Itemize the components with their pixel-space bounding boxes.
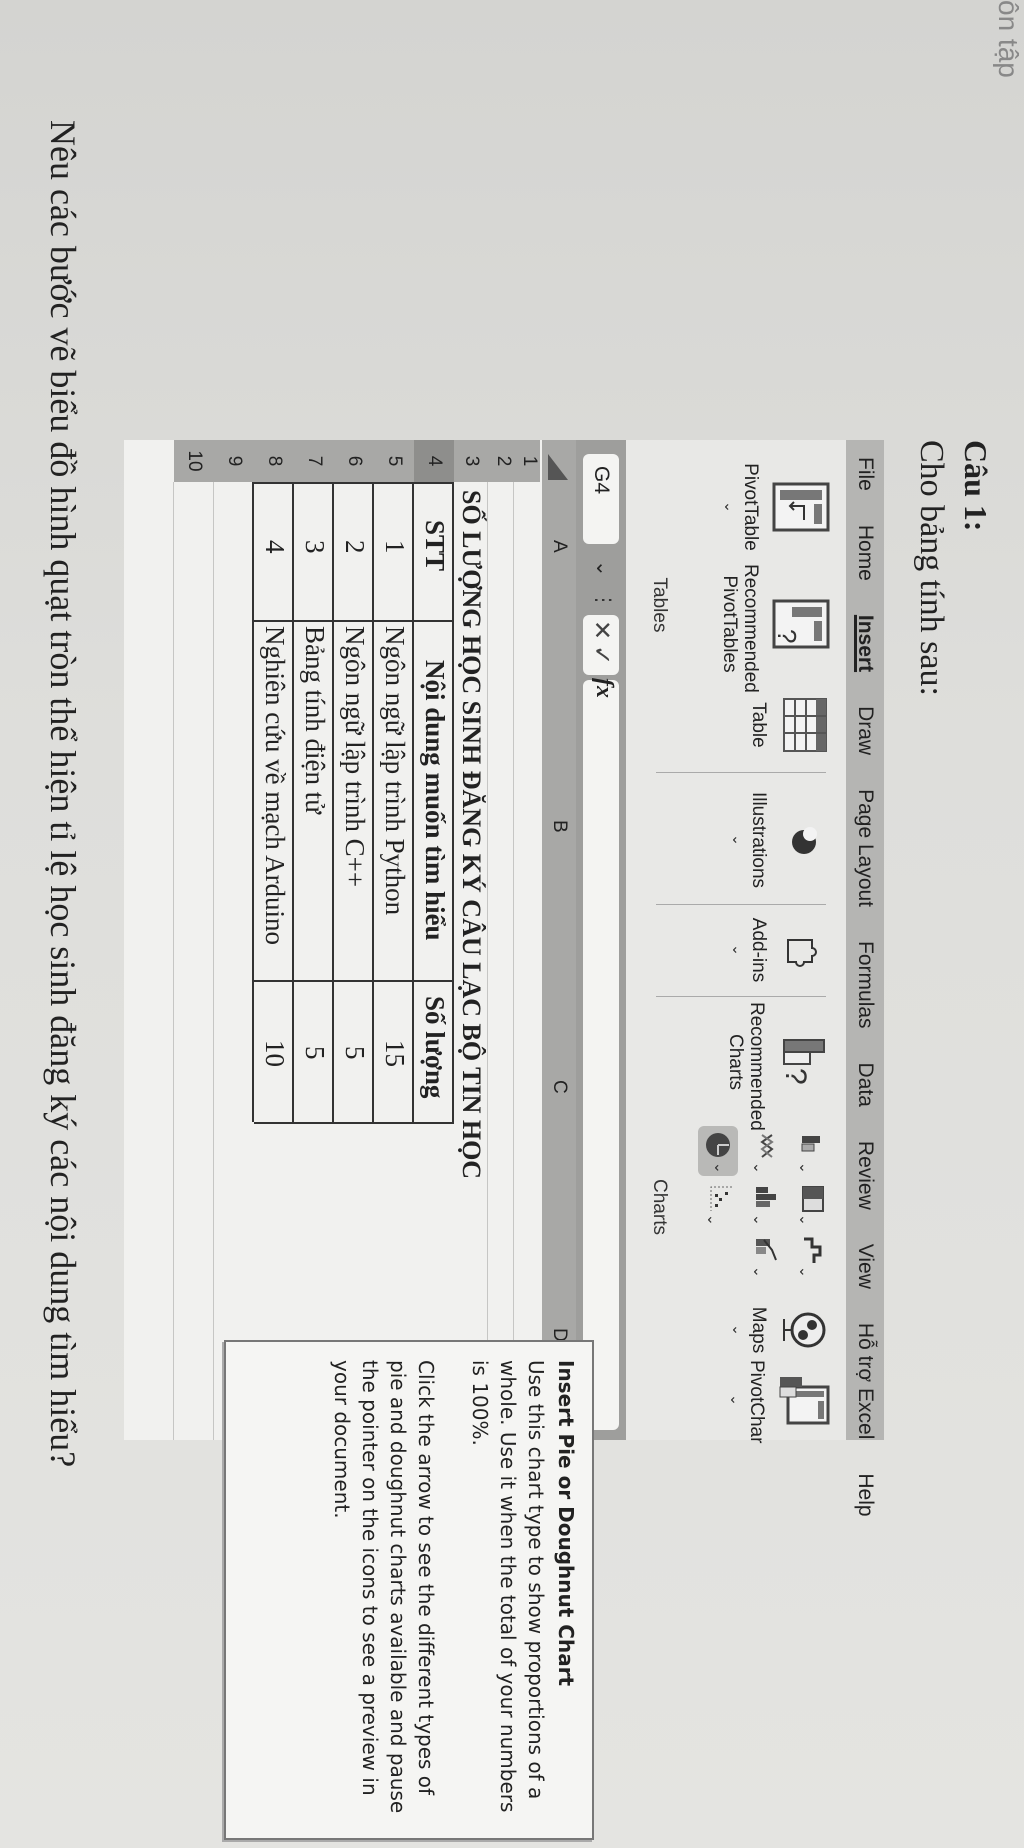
sheet-title-cell[interactable]: SỐ LƯỢNG HỌC SINH ĐĂNG KÝ CÂU LẠC BỘ TIN… [456, 490, 486, 1179]
column-header-a[interactable]: A [548, 540, 570, 553]
tab-review[interactable]: Review [853, 1124, 877, 1227]
question-prompt: Nêu các bước vẽ biểu đồ hình quạt tròn t… [42, 120, 84, 1467]
table-row-1-stt[interactable]: 1 [379, 540, 410, 554]
tooltip-paragraph-2: Click the arrow to see the different typ… [328, 1360, 440, 1820]
tab-help[interactable]: Help [853, 1456, 877, 1533]
table-row-2-stt[interactable]: 2 [339, 540, 370, 554]
waterfall-chart-button[interactable]: ⌄ [794, 1236, 826, 1278]
question-intro: Cho bảng tính sau: [912, 440, 950, 696]
illustrations-group: Illustrations ⌄ [640, 780, 840, 900]
pivotchart-button[interactable]: PivotChar ⌄ [725, 1360, 830, 1440]
tab-file[interactable]: File [853, 440, 877, 508]
worksheet-grid: A B C D 1 2 3 4 5 6 7 8 9 10 SỐ LƯỢNG HỌ… [124, 440, 576, 1440]
recommended-pivottables-label: Recommended PivotTables [719, 564, 761, 684]
column-chart-button[interactable]: ⌄ [794, 1132, 826, 1174]
recommended-pivottables-icon: ? [772, 599, 830, 649]
gridline [213, 482, 214, 1440]
separator [656, 904, 826, 905]
table-border [254, 1122, 454, 1124]
tooltip-title: Insert Pie or Doughnut Chart [554, 1360, 578, 1820]
hierarchy-chart-icon [800, 1184, 826, 1214]
table-row-3-content[interactable]: Bảng tính điện tử [299, 626, 330, 814]
table-row-2-content[interactable]: Ngôn ngữ lập trình C++ [339, 626, 370, 887]
pivottable-icon [772, 482, 830, 532]
maps-icon [780, 1307, 830, 1353]
gridline [487, 482, 488, 1440]
pivottable-button[interactable]: PivotTable ⌄ [719, 452, 830, 562]
table-border [254, 482, 454, 484]
table-border [254, 980, 454, 982]
scatter-chart-button[interactable]: ⌄ [702, 1184, 734, 1226]
illustrations-button[interactable]: Illustrations ⌄ [727, 780, 830, 900]
maps-label: Maps [748, 1300, 769, 1360]
tab-draw[interactable]: Draw [853, 689, 877, 772]
line-chart-icon [754, 1132, 780, 1162]
formula-input[interactable]: fx [583, 680, 619, 1430]
pivotchart-label: PivotChar [746, 1360, 767, 1440]
row-header-5[interactable]: 5 [374, 440, 414, 482]
pie-chart-tooltip: Insert Pie or Doughnut Chart Use this ch… [224, 1340, 594, 1840]
ribbon: PivotTable ⌄ ? Recommended PivotTables [624, 440, 846, 1440]
table-border [254, 620, 454, 622]
maps-group: Maps ⌄ [640, 1300, 840, 1360]
pivotchart-group: PivotChar ⌄ [640, 1360, 840, 1440]
table-border [332, 482, 334, 1122]
combo-chart-icon [754, 1236, 780, 1266]
name-box[interactable]: G4 [583, 454, 619, 544]
chevron-down-icon: ⌄ [719, 452, 740, 562]
column-header-b[interactable]: B [548, 820, 570, 833]
tab-page-layout[interactable]: Page Layout [853, 772, 877, 924]
tooltip-paragraph-1: Use this chart type to show proportions … [466, 1360, 550, 1820]
table-border [372, 482, 374, 1122]
question-title: Câu 1: [957, 440, 994, 532]
pivotchart-icon [778, 1375, 830, 1425]
table-button[interactable]: Table [748, 690, 830, 760]
table-border [452, 482, 454, 1122]
separator [656, 996, 826, 997]
pie-chart-button[interactable]: ⌄ [698, 1126, 738, 1176]
row-header-2[interactable]: 2 [488, 440, 514, 482]
charts-group-label: Charts [648, 1132, 670, 1282]
table-border [292, 482, 294, 1122]
table-row-4-stt[interactable]: 4 [259, 540, 290, 554]
addins-icon [780, 932, 830, 968]
column-chart-icon [800, 1132, 826, 1162]
recommended-charts-button[interactable]: ? Recommended Charts [725, 1002, 830, 1122]
pivottable-label: PivotTable [740, 452, 761, 562]
row-header-8[interactable]: 8 [254, 440, 294, 482]
tab-excel-support[interactable]: Hỗ trợ Excel [853, 1306, 877, 1456]
tables-group-label: Tables [648, 440, 670, 770]
column-headers: A B C D [542, 440, 576, 1440]
chevron-down-icon: ⌄ [727, 910, 748, 990]
table-row-2-quantity[interactable]: 5 [339, 1046, 370, 1060]
table-row-1-content[interactable]: Ngôn ngữ lập trình Python [379, 626, 410, 915]
addins-button[interactable]: Add-ins ⌄ [727, 910, 830, 990]
addins-label: Add-ins [748, 910, 769, 990]
header-stt[interactable]: STT [419, 520, 450, 571]
separator [656, 772, 826, 773]
tab-view[interactable]: View [853, 1227, 877, 1306]
excel-window: File Home Insert Draw Page Layout Formul… [124, 440, 884, 1440]
row-header-6[interactable]: 6 [334, 440, 374, 482]
row-header-3[interactable]: 3 [454, 440, 488, 482]
tab-home[interactable]: Home [853, 508, 877, 598]
waterfall-chart-icon [800, 1236, 826, 1266]
illustrations-label: Illustrations [748, 780, 769, 900]
svg-text:?: ? [772, 629, 802, 643]
tab-insert[interactable]: Insert [853, 598, 877, 689]
charts-group: ? Recommended Charts ⌄ ⌄ ⌄ [640, 1002, 840, 1292]
hierarchy-chart-button[interactable]: ⌄ [794, 1184, 826, 1226]
more-options-icon: ⋮ [591, 590, 616, 610]
table-label: Table [748, 690, 769, 760]
statistic-chart-button[interactable]: ⌄ [748, 1184, 780, 1226]
row-header-7[interactable]: 7 [294, 440, 334, 482]
addins-group: Add-ins ⌄ [640, 910, 840, 990]
scatter-chart-icon [708, 1184, 734, 1214]
row-header-9[interactable]: 9 [214, 440, 254, 482]
row-header-4[interactable]: 4 [414, 440, 454, 482]
header-quantity[interactable]: Số lượng [419, 996, 450, 1098]
chart-type-buttons: ⌄ ⌄ ⌄ ⌄ ⌄ ⌄ [676, 1132, 826, 1282]
column-header-c[interactable]: C [548, 1080, 570, 1094]
tab-formulas[interactable]: Formulas [853, 924, 877, 1046]
tab-data[interactable]: Data [853, 1046, 877, 1124]
line-chart-button[interactable]: ⌄ [748, 1132, 780, 1174]
table-row-3-stt[interactable]: 3 [299, 540, 330, 554]
namebox-chevron-icon[interactable]: ⌄ [591, 560, 616, 577]
table-row-3-quantity[interactable]: 5 [299, 1046, 330, 1060]
svg-text:?: ? [779, 1068, 812, 1085]
table-border [252, 482, 254, 1122]
row-header-1[interactable]: 1 [514, 440, 540, 482]
illustrations-icon [780, 820, 830, 860]
fx-icon[interactable]: fx [590, 678, 617, 698]
table-row-1-quantity[interactable]: 15 [379, 1040, 410, 1067]
table-icon [780, 697, 830, 753]
recommended-pivottables-button[interactable]: ? Recommended PivotTables [719, 564, 830, 684]
statistic-chart-icon [754, 1184, 780, 1214]
header-content[interactable]: Nội dung muốn tìm hiểu [419, 660, 450, 941]
table-row-4-content[interactable]: Nghiên cứu về mạch Arduino [259, 626, 290, 945]
pie-chart-icon [703, 1130, 733, 1160]
chevron-down-icon: ⌄ [725, 1360, 746, 1440]
select-all-icon[interactable] [546, 448, 572, 482]
table-border [412, 482, 414, 1122]
cancel-icon[interactable]: ✕ [587, 620, 616, 640]
formula-bar: G4 ⌄ ⋮ ✕ ✓ fx [576, 440, 626, 1440]
tables-group: PivotTable ⌄ ? Recommended PivotTables [640, 440, 840, 770]
maps-button[interactable]: Maps ⌄ [727, 1300, 830, 1360]
recommended-charts-label: Recommended Charts [725, 1002, 767, 1122]
corner-text: ôn tập [992, 0, 1024, 78]
table-row-4-quantity[interactable]: 10 [259, 1040, 290, 1067]
rotated-page: ôn tập Câu 1: Cho bảng tính sau: File Ho… [0, 0, 1024, 1848]
chevron-down-icon: ⌄ [727, 780, 748, 900]
recommended-charts-icon: ? [778, 1034, 830, 1090]
gridline [173, 482, 174, 1440]
ribbon-tabs: File Home Insert Draw Page Layout Formul… [846, 440, 884, 1440]
gridline [513, 482, 514, 1440]
chevron-down-icon: ⌄ [727, 1300, 748, 1360]
enter-icon[interactable]: ✓ [587, 645, 616, 665]
combo-chart-button[interactable]: ⌄ [748, 1236, 780, 1278]
row-header-10[interactable]: 10 [174, 440, 214, 482]
